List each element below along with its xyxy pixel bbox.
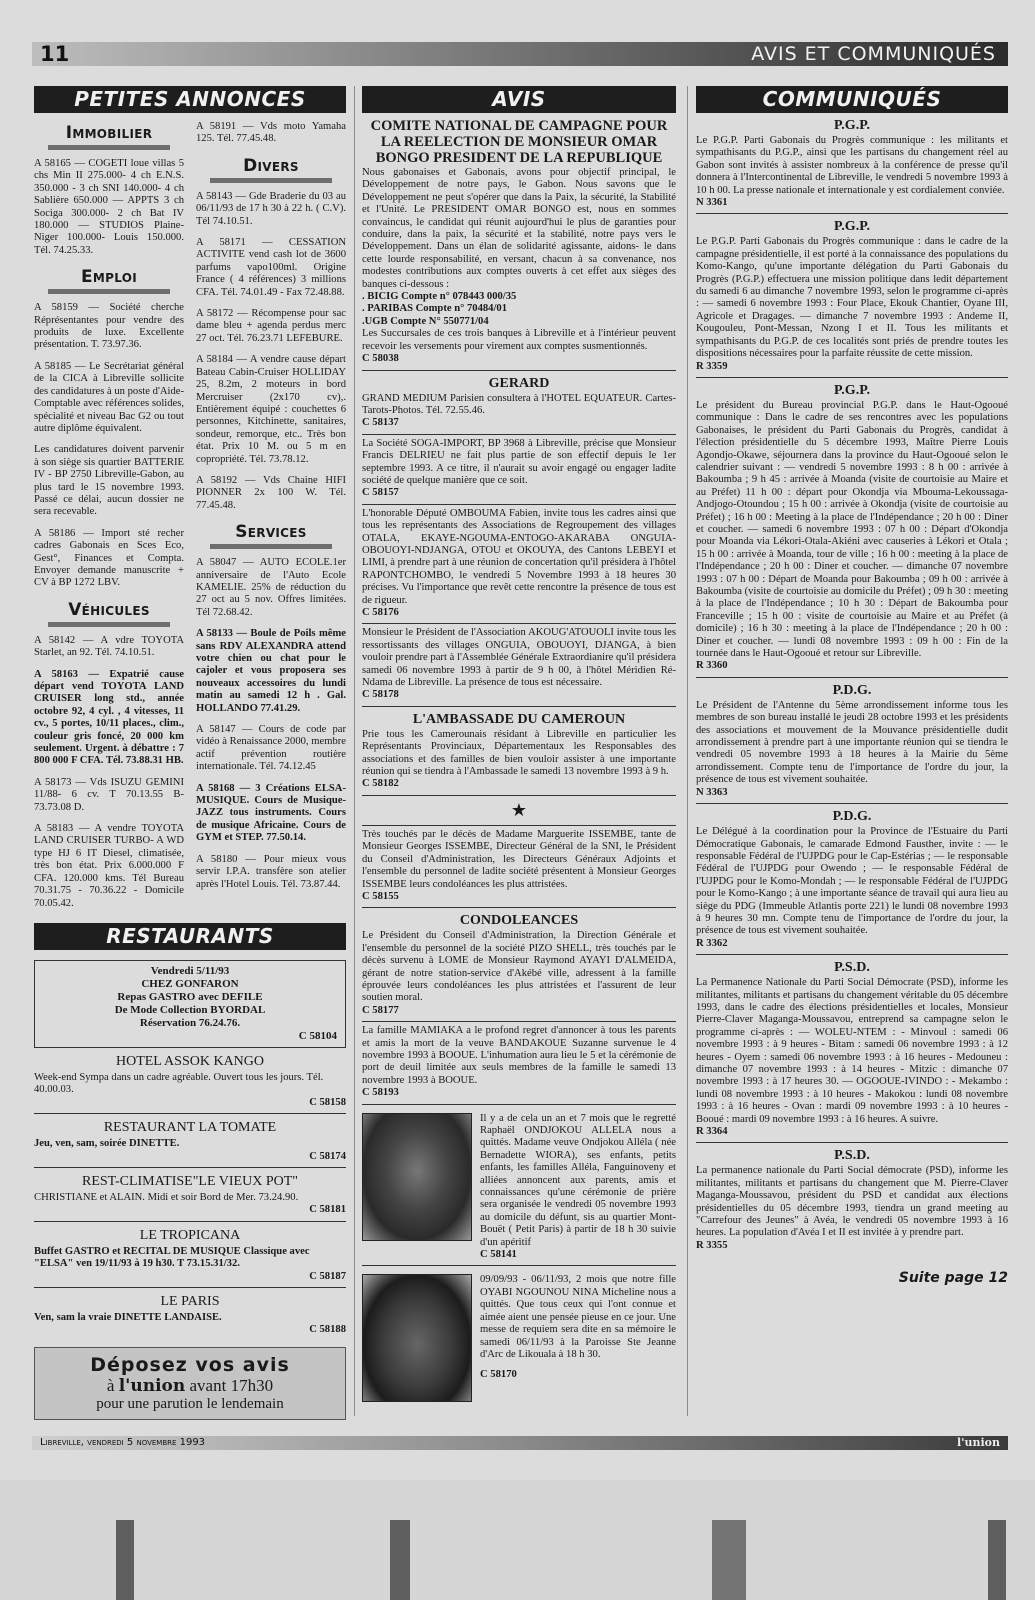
- ad-reference: R 3360: [696, 660, 1008, 672]
- column-divider: [687, 86, 688, 1416]
- notice-text: L'honorable Député OMBOUMA Fabien, invit…: [362, 508, 676, 607]
- communique-text: La permanence nationale du Parti Social …: [696, 1165, 1008, 1239]
- classified-ad: A 58147 — Cours de code par vidéo à Rena…: [196, 724, 346, 774]
- party-title: P.G.P.: [696, 118, 1008, 134]
- communique: P.D.G. Le Délégué à la coordination pour…: [696, 804, 1008, 955]
- petites-annonces-column: PETITES ANNONCES Immobilier A 58165 — CO…: [34, 86, 346, 1420]
- classified-ad: A 58192 — Vds Chaine HIFI PIONNER 2x 100…: [196, 475, 346, 512]
- deposez-prefix: à: [107, 1376, 115, 1395]
- communique-text: Le P.G.P. Parti Gabonais du Progrès comm…: [696, 135, 1008, 197]
- ad-reference: C 58141: [480, 1249, 676, 1261]
- deposez-note: pour une parution le lendemain: [35, 1396, 345, 1413]
- rubric-rule: [210, 178, 332, 183]
- footer-date: Libreville, vendredi 5 novembre 1993: [40, 1436, 205, 1450]
- communique-text: Le P.G.P. Parti Gabonais du Progrès comm…: [696, 236, 1008, 360]
- classified-ad: A 58171 — CESSATION ACTIVITE vend cash l…: [196, 237, 346, 299]
- scan-artifact: [988, 1520, 1006, 1600]
- classified-ad: A 58159 — Société cherche Réprésentantes…: [34, 302, 184, 352]
- rubric-rule: [48, 622, 170, 627]
- deposez-vos-avis-box: Déposez vos avis à l'union avant 17h30 p…: [34, 1347, 346, 1420]
- restaurant-name: LE TROPICANA: [34, 1228, 346, 1244]
- ad-reference: C 58188: [34, 1324, 346, 1336]
- notice-text: Le Président du Conseil d'Administration…: [362, 930, 676, 1004]
- restaurant-name: RESTAURANT LA TOMATE: [34, 1120, 346, 1136]
- bank-account: .UGB Compte N° 550771/04: [362, 316, 676, 328]
- ad-reference: R 3364: [696, 1126, 1008, 1138]
- ad-reference: R 3362: [696, 938, 1008, 950]
- ad-reference: C 58158: [34, 1097, 346, 1109]
- page-header-bar: 11 AVIS ET COMMUNIQUÉS: [32, 42, 1008, 66]
- classified-ad: A 58180 — Pour mieux vous servir I.P.A. …: [196, 854, 346, 891]
- classified-ad: A 58183 — A vendre TOYOTA LAND CRUISER T…: [34, 823, 184, 910]
- rubric-vehicules: Véhicules: [34, 600, 184, 620]
- restaurant-boxed-ad: Vendredi 5/11/93 CHEZ GONFARON Repas GAS…: [34, 960, 346, 1048]
- restaurant-listing: LE PARIS Ven, sam la vraie DINETTE LANDA…: [34, 1294, 346, 1341]
- classified-ad: A 58173 — Vds ISUZU GEMINI 11/88- 6 cv. …: [34, 777, 184, 814]
- page-number: 11: [40, 42, 69, 66]
- classified-ad: A 58165 — COGETI loue villas 5 chs Min I…: [34, 158, 184, 257]
- communique: P.D.G. Le Président de l'Antenne du 5ème…: [696, 678, 1008, 804]
- rubric-services: Services: [196, 522, 346, 542]
- petites-annonces-banner: PETITES ANNONCES: [34, 86, 346, 113]
- classified-ad: A 58191 — Vds moto Yamaha 125. Tél. 77.4…: [196, 121, 346, 146]
- scan-artifact: [116, 1520, 134, 1600]
- bank-account: . BICIG Compte n° 078443 000/35: [362, 291, 676, 303]
- notice-text: Nous gabonaises et Gabonais, avons pour …: [362, 167, 676, 291]
- notice-text: Les Succursales de ces trois banques à L…: [362, 328, 676, 353]
- ad-reference: N 3363: [696, 787, 1008, 799]
- restaurant-listing: RESTAURANT LA TOMATE Jeu, ven, sam, soir…: [34, 1120, 346, 1168]
- classifieds-right: A 58191 — Vds moto Yamaha 125. Tél. 77.4…: [196, 113, 346, 919]
- rubric-divers: Divers: [196, 156, 346, 176]
- portrait-photo: [362, 1113, 472, 1241]
- ad-reference: C 58170: [480, 1369, 676, 1381]
- ad-reference: C 58155: [362, 891, 676, 903]
- ad-reference: C 58157: [362, 487, 676, 499]
- communiques-banner: COMMUNIQUÉS: [696, 86, 1008, 113]
- death-notice: CONDOLEANCES Le Président du Conseil d'A…: [362, 908, 676, 1022]
- restaurant-name: REST-CLIMATISE"LE VIEUX POT": [34, 1174, 346, 1190]
- notice-title: CONDOLEANCES: [362, 913, 676, 929]
- notice-title: GERARD: [362, 376, 676, 392]
- ad-reference: C 58038: [362, 353, 676, 365]
- communique: P.G.P. Le président du Bureau provincial…: [696, 378, 1008, 678]
- death-notice: Très touchés par le décès de Madame Marg…: [362, 826, 676, 908]
- restaurant-text: Week-end Sympa dans un cadre agréable. O…: [34, 1072, 346, 1097]
- restaurant-text: Ven, sam la vraie DINETTE LANDAISE.: [34, 1312, 346, 1324]
- deposez-heading: Déposez vos avis: [35, 1354, 345, 1376]
- classified-ad: A 58143 — Gde Braderie du 03 au 06/11/93…: [196, 191, 346, 228]
- ad-reference: C 58174: [34, 1151, 346, 1163]
- boxed-line: Réservation 76.24.76.: [43, 1017, 337, 1030]
- ad-reference: C 58176: [362, 607, 676, 619]
- rubric-rule: [210, 544, 332, 549]
- ad-reference: C 58178: [362, 689, 676, 701]
- ad-reference: C 58193: [362, 1087, 676, 1099]
- avis-notice: L'honorable Député OMBOUMA Fabien, invit…: [362, 505, 676, 625]
- boxed-line: Repas GASTRO avec DEFILE: [43, 991, 337, 1004]
- page-footer-bar: Libreville, vendredi 5 novembre 1993 l'u…: [32, 1436, 1008, 1450]
- party-title: P.D.G.: [696, 683, 1008, 699]
- classified-ad: A 58133 — Boule de Poils même sans RDV A…: [196, 628, 346, 715]
- communique: P.S.D. La permanence nationale du Parti …: [696, 1143, 1008, 1256]
- avis-notice: Monsieur le Président de l'Association A…: [362, 624, 676, 706]
- rubric-immobilier: Immobilier: [34, 123, 184, 143]
- notice-title: L'AMBASSADE DU CAMEROUN: [362, 712, 676, 728]
- avis-notice: La Société SOGA-IMPORT, BP 3968 à Librev…: [362, 435, 676, 505]
- restaurant-text: CHRISTIANE et ALAIN. Midi et soir Bord d…: [34, 1192, 346, 1204]
- party-title: P.G.P.: [696, 383, 1008, 399]
- ad-reference: C 58181: [34, 1204, 346, 1216]
- avis-banner: AVIS: [362, 86, 676, 113]
- ad-reference: C 58104: [43, 1030, 337, 1043]
- party-title: P.S.D.: [696, 960, 1008, 976]
- death-notice: La famille MAMIAKA a le profond regret d…: [362, 1022, 676, 1104]
- classified-ad: A 58168 — 3 Créations ELSA-MUSIQUE. Cour…: [196, 783, 346, 845]
- restaurant-listing: LE TROPICANA Buffet GASTRO et RECITAL DE…: [34, 1228, 346, 1288]
- column-divider: [354, 86, 355, 1416]
- ad-reference: R 3359: [696, 361, 1008, 373]
- party-title: P.D.G.: [696, 809, 1008, 825]
- boxed-line: De Mode Collection BYORDAL: [43, 1004, 337, 1017]
- scan-artifact: [390, 1520, 410, 1600]
- classifieds-left: Immobilier A 58165 — COGETI loue villas …: [34, 113, 184, 919]
- communique-text: La Permanence Nationale du Parti Social …: [696, 977, 1008, 1126]
- restaurants-banner: RESTAURANTS: [34, 923, 346, 950]
- notice-text: La famille MAMIAKA a le profond regret d…: [362, 1025, 676, 1087]
- classified-ad: A 58163 — Expatrié cause départ vend TOY…: [34, 669, 184, 768]
- avis-notice: GERARD GRAND MEDIUM Parisien consultera …: [362, 371, 676, 435]
- classified-ad: Les candidatures doivent parvenir à son …: [34, 444, 184, 518]
- deposez-time: avant 17h30: [190, 1376, 274, 1395]
- communique: P.G.P. Le P.G.P. Parti Gabonais du Progr…: [696, 113, 1008, 214]
- notice-title: COMITE NATIONAL DE CAMPAGNE POUR LA REEL…: [362, 118, 676, 166]
- footer-brand-logo: l'union: [957, 1436, 1000, 1450]
- boxed-line: CHEZ GONFARON: [43, 978, 337, 991]
- notice-text: Prie tous les Camerounais résidant à Lib…: [362, 729, 676, 779]
- rubric-rule: [48, 289, 170, 294]
- communique-text: Le Président de l'Antenne du 5ème arrond…: [696, 700, 1008, 787]
- party-title: P.G.P.: [696, 219, 1008, 235]
- restaurant-name: LE PARIS: [34, 1294, 346, 1310]
- rubric-rule: [48, 145, 170, 150]
- classified-ad: A 58186 — Import sté recher cadres Gabon…: [34, 528, 184, 590]
- ad-reference: C 58177: [362, 1005, 676, 1017]
- communique-text: Le président du Bureau provincial P.G.P.…: [696, 400, 1008, 661]
- deposez-deadline: à l'union avant 17h30: [35, 1376, 345, 1396]
- union-logo: l'union: [119, 1376, 186, 1396]
- notice-text: Très touchés par le décès de Madame Marg…: [362, 829, 676, 891]
- communique: P.S.D. La Permanence Nationale du Parti …: [696, 955, 1008, 1143]
- boxed-line: Vendredi 5/11/93: [43, 965, 337, 978]
- obituary-text: 09/09/93 - 06/11/93, 2 mois que notre fi…: [480, 1274, 676, 1361]
- obituary: Il y a de cela un an et 7 mois que le re…: [362, 1105, 676, 1267]
- newspaper-page: 11 AVIS ET COMMUNIQUÉS PETITES ANNONCES …: [0, 0, 1035, 1480]
- star-separator-icon: ★: [362, 796, 676, 826]
- obituary: 09/09/93 - 06/11/93, 2 mois que notre fi…: [362, 1266, 676, 1406]
- notice-text: GRAND MEDIUM Parisien consultera à l'HOT…: [362, 393, 676, 418]
- bank-account: . PARIBAS Compte n° 70484/01: [362, 303, 676, 315]
- restaurant-listing: HOTEL ASSOK KANGO Week-end Sympa dans un…: [34, 1054, 346, 1114]
- classified-ad: A 58172 — Récompense pour sac dame bleu …: [196, 308, 346, 345]
- classified-ad: A 58185 — Le Secrétariat général de la C…: [34, 361, 184, 435]
- party-title: P.S.D.: [696, 1148, 1008, 1164]
- ad-reference: R 3355: [696, 1240, 1008, 1252]
- avis-notice: L'AMBASSADE DU CAMEROUN Prie tous les Ca…: [362, 707, 676, 796]
- ad-reference: N 3361: [696, 197, 1008, 209]
- ad-reference: C 58182: [362, 778, 676, 790]
- restaurant-name: HOTEL ASSOK KANGO: [34, 1054, 346, 1070]
- avis-column: AVIS COMITE NATIONAL DE CAMPAGNE POUR LA…: [362, 86, 676, 1406]
- scan-artifact: [712, 1520, 746, 1600]
- ad-reference: C 58137: [362, 417, 676, 429]
- restaurant-listing: REST-CLIMATISE"LE VIEUX POT" CHRISTIANE …: [34, 1174, 346, 1222]
- scanner-noise-strip: [0, 1520, 1035, 1600]
- rubric-emploi: Emploi: [34, 267, 184, 287]
- classified-ad: A 58142 — A vdre TOYOTA Starlet, an 92. …: [34, 635, 184, 660]
- communique: P.G.P. Le P.G.P. Parti Gabonais du Progr…: [696, 214, 1008, 377]
- restaurant-text: Buffet GASTRO et RECITAL DE MUSIQUE Clas…: [34, 1246, 346, 1271]
- avis-notice: COMITE NATIONAL DE CAMPAGNE POUR LA REEL…: [362, 113, 676, 371]
- continued-link: Suite page 12: [696, 1270, 1008, 1286]
- communiques-column: COMMUNIQUÉS P.G.P. Le P.G.P. Parti Gabon…: [696, 86, 1008, 1286]
- notice-text: Monsieur le Président de l'Association A…: [362, 627, 676, 689]
- notice-text: La Société SOGA-IMPORT, BP 3968 à Librev…: [362, 438, 676, 488]
- classified-ad: A 58047 — AUTO ECOLE.1er anniversaire de…: [196, 557, 346, 619]
- restaurant-text: Jeu, ven, sam, soirée DINETTE.: [34, 1138, 346, 1150]
- ad-reference: C 58187: [34, 1271, 346, 1283]
- communique-text: Le Délégué à la coordination pour la Pro…: [696, 826, 1008, 938]
- section-title: AVIS ET COMMUNIQUÉS: [751, 42, 996, 66]
- classified-ad: A 58184 — A vendre cause départ Bateau C…: [196, 354, 346, 466]
- obituary-text: Il y a de cela un an et 7 mois que le re…: [480, 1113, 676, 1249]
- portrait-photo: [362, 1274, 472, 1402]
